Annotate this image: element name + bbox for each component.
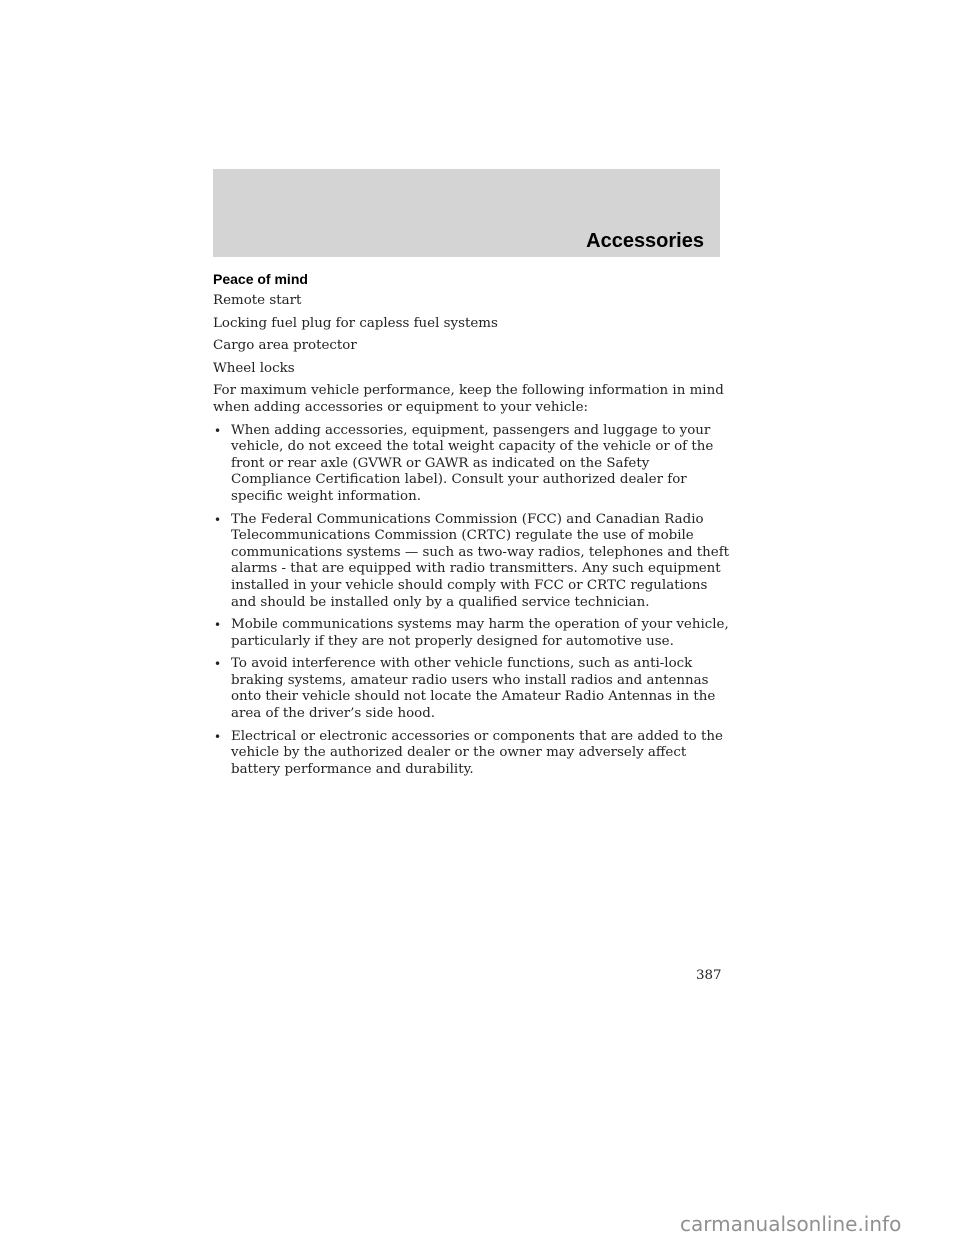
subsection-heading: Peace of mind [213,271,733,287]
bullet-text: To avoid interference with other vehicle… [231,656,715,721]
bullet-item: • When adding accessories, equipment, pa… [213,423,733,506]
bullet-item: • Mobile communications systems may harm… [213,617,733,650]
page-content: Peace of mind Remote start Locking fuel … [213,271,733,784]
intro-paragraph: For maximum vehicle performance, keep th… [213,383,733,416]
section-header: Accessories [213,169,720,257]
page-number: 387 [696,968,722,983]
bullet-icon: • [214,512,221,529]
bullet-text: The Federal Communications Commission (F… [231,512,729,610]
bullet-list: • When adding accessories, equipment, pa… [213,423,733,779]
bullet-icon: • [214,423,221,440]
bullet-icon: • [214,617,221,634]
accessory-item: Wheel locks [213,361,733,378]
bullet-icon: • [214,729,221,746]
bullet-item: • To avoid interference with other vehic… [213,656,733,722]
bullet-icon: • [214,656,221,673]
accessory-item: Remote start [213,293,733,310]
watermark: carmanualsonline.info [680,1212,901,1236]
accessory-item: Locking fuel plug for capless fuel syste… [213,316,733,333]
bullet-text: Mobile communications systems may harm t… [231,617,729,649]
accessory-item: Cargo area protector [213,338,733,355]
bullet-item: • The Federal Communications Commission … [213,512,733,612]
section-title: Accessories [586,230,704,253]
bullet-text: Electrical or electronic accessories or … [231,729,723,777]
bullet-item: • Electrical or electronic accessories o… [213,729,733,779]
bullet-text: When adding accessories, equipment, pass… [231,423,713,504]
